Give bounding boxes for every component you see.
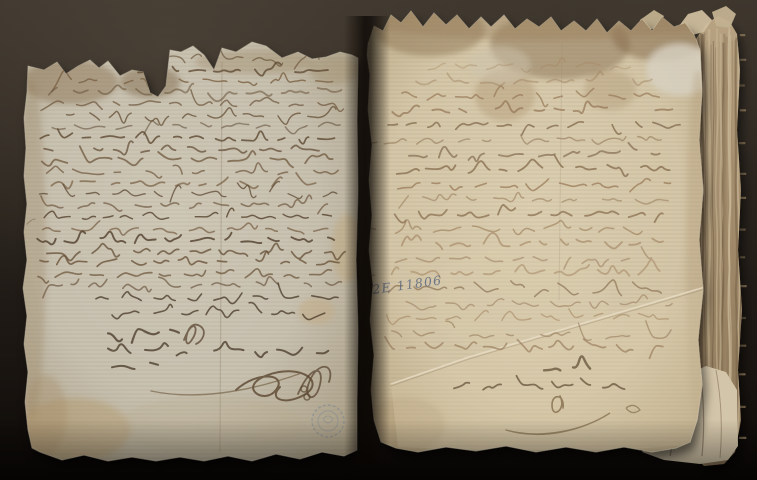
stitch-mark: [740, 197, 746, 199]
left-page: [18, 40, 365, 470]
bottom-vignette: [0, 420, 757, 480]
stitch-mark: [739, 373, 746, 375]
stitch-mark: [739, 142, 746, 144]
manuscript-photograph: 2E 11806: [0, 0, 757, 480]
stitch-mark: [740, 109, 747, 111]
binding-gutter: [344, 16, 390, 464]
stain: [298, 298, 334, 324]
stitch-mark: [738, 84, 745, 86]
stitch-mark: [740, 34, 746, 36]
stitch-mark: [739, 229, 746, 231]
stitch-mark: [739, 173, 746, 175]
stitch-mark: [739, 345, 746, 347]
right-page: 2E 11806: [360, 0, 714, 480]
manuscript-scan-canvas: 2E 11806: [0, 0, 757, 480]
stitch-mark: [740, 406, 746, 408]
stitch-mark: [740, 59, 747, 61]
stitch-mark: [740, 285, 747, 287]
stitch-mark: [740, 256, 746, 258]
